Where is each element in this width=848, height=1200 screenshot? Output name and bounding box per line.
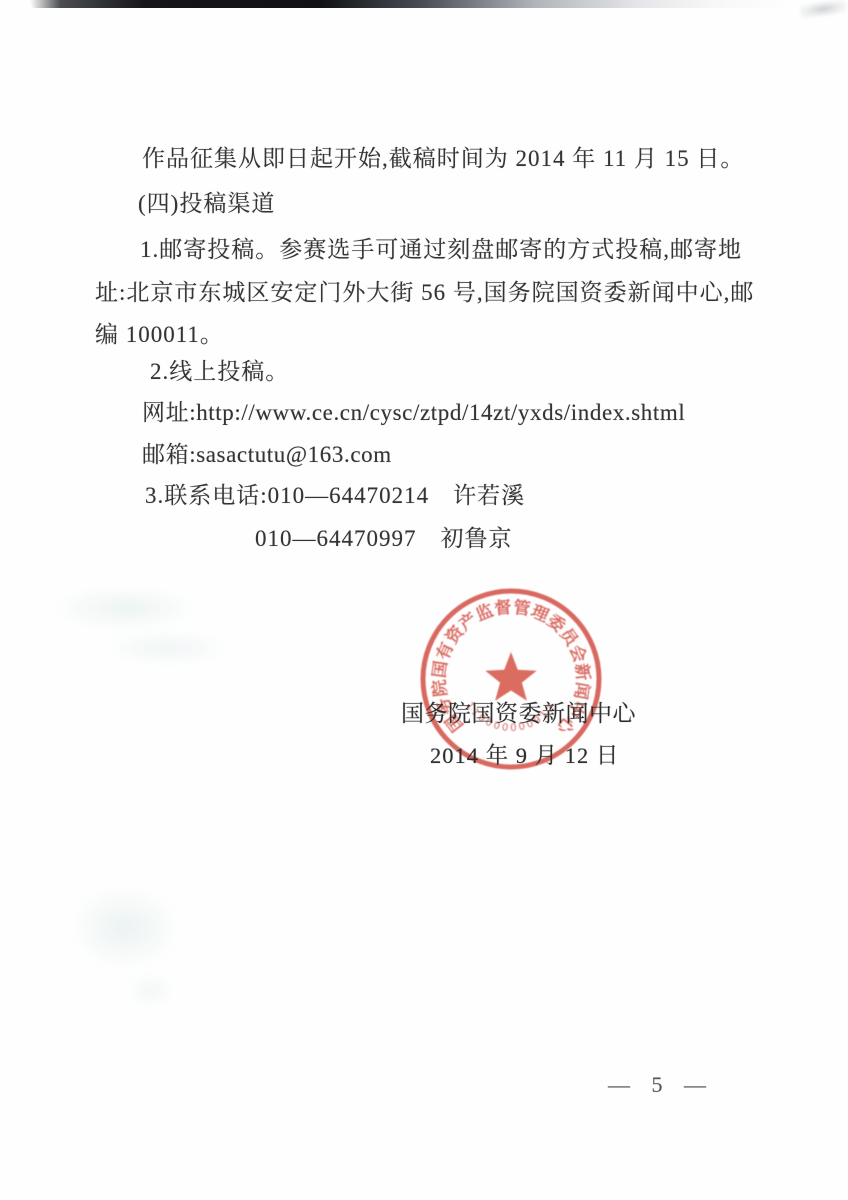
ink-bleed-smudge (128, 975, 173, 1005)
paragraph-line: 作品征集从即日起开始,截稿时间为 2014 年 11 月 15 日。 (142, 146, 744, 172)
section-heading: (四)投稿渠道 (138, 191, 275, 217)
signature-date: 2014 年 9 月 12 日 (430, 738, 619, 770)
star-icon (485, 652, 536, 701)
ink-bleed-smudge (70, 885, 180, 970)
scan-streak (799, 0, 847, 19)
phone-line: 3.联系电话:010—64470214 许若溪 (145, 483, 525, 509)
signature-organization: 国务院国资委新闻中心 (401, 695, 636, 728)
scan-edge-artifact (30, 0, 792, 8)
phone-line: 010—64470997 初鲁京 (255, 526, 513, 552)
paragraph-line: 1.邮寄投稿。参赛选手可通过刻盘邮寄的方式投稿,邮寄地 (140, 237, 742, 263)
ink-bleed-smudge (100, 632, 235, 664)
page-number: — 5 — (608, 1072, 708, 1098)
ink-bleed-smudge (50, 588, 200, 628)
email-line: 邮箱:sasactutu@163.com (142, 442, 392, 468)
paragraph-line: 2.线上投稿。 (150, 359, 289, 385)
url-line: 网址:http://www.ce.cn/cysc/ztpd/14zt/yxds/… (142, 400, 685, 426)
paragraph-line: 址:北京市东城区安定门外大街 56 号,国务院国资委新闻中心,邮 (95, 280, 754, 306)
paragraph-line: 编 100011。 (95, 322, 224, 348)
